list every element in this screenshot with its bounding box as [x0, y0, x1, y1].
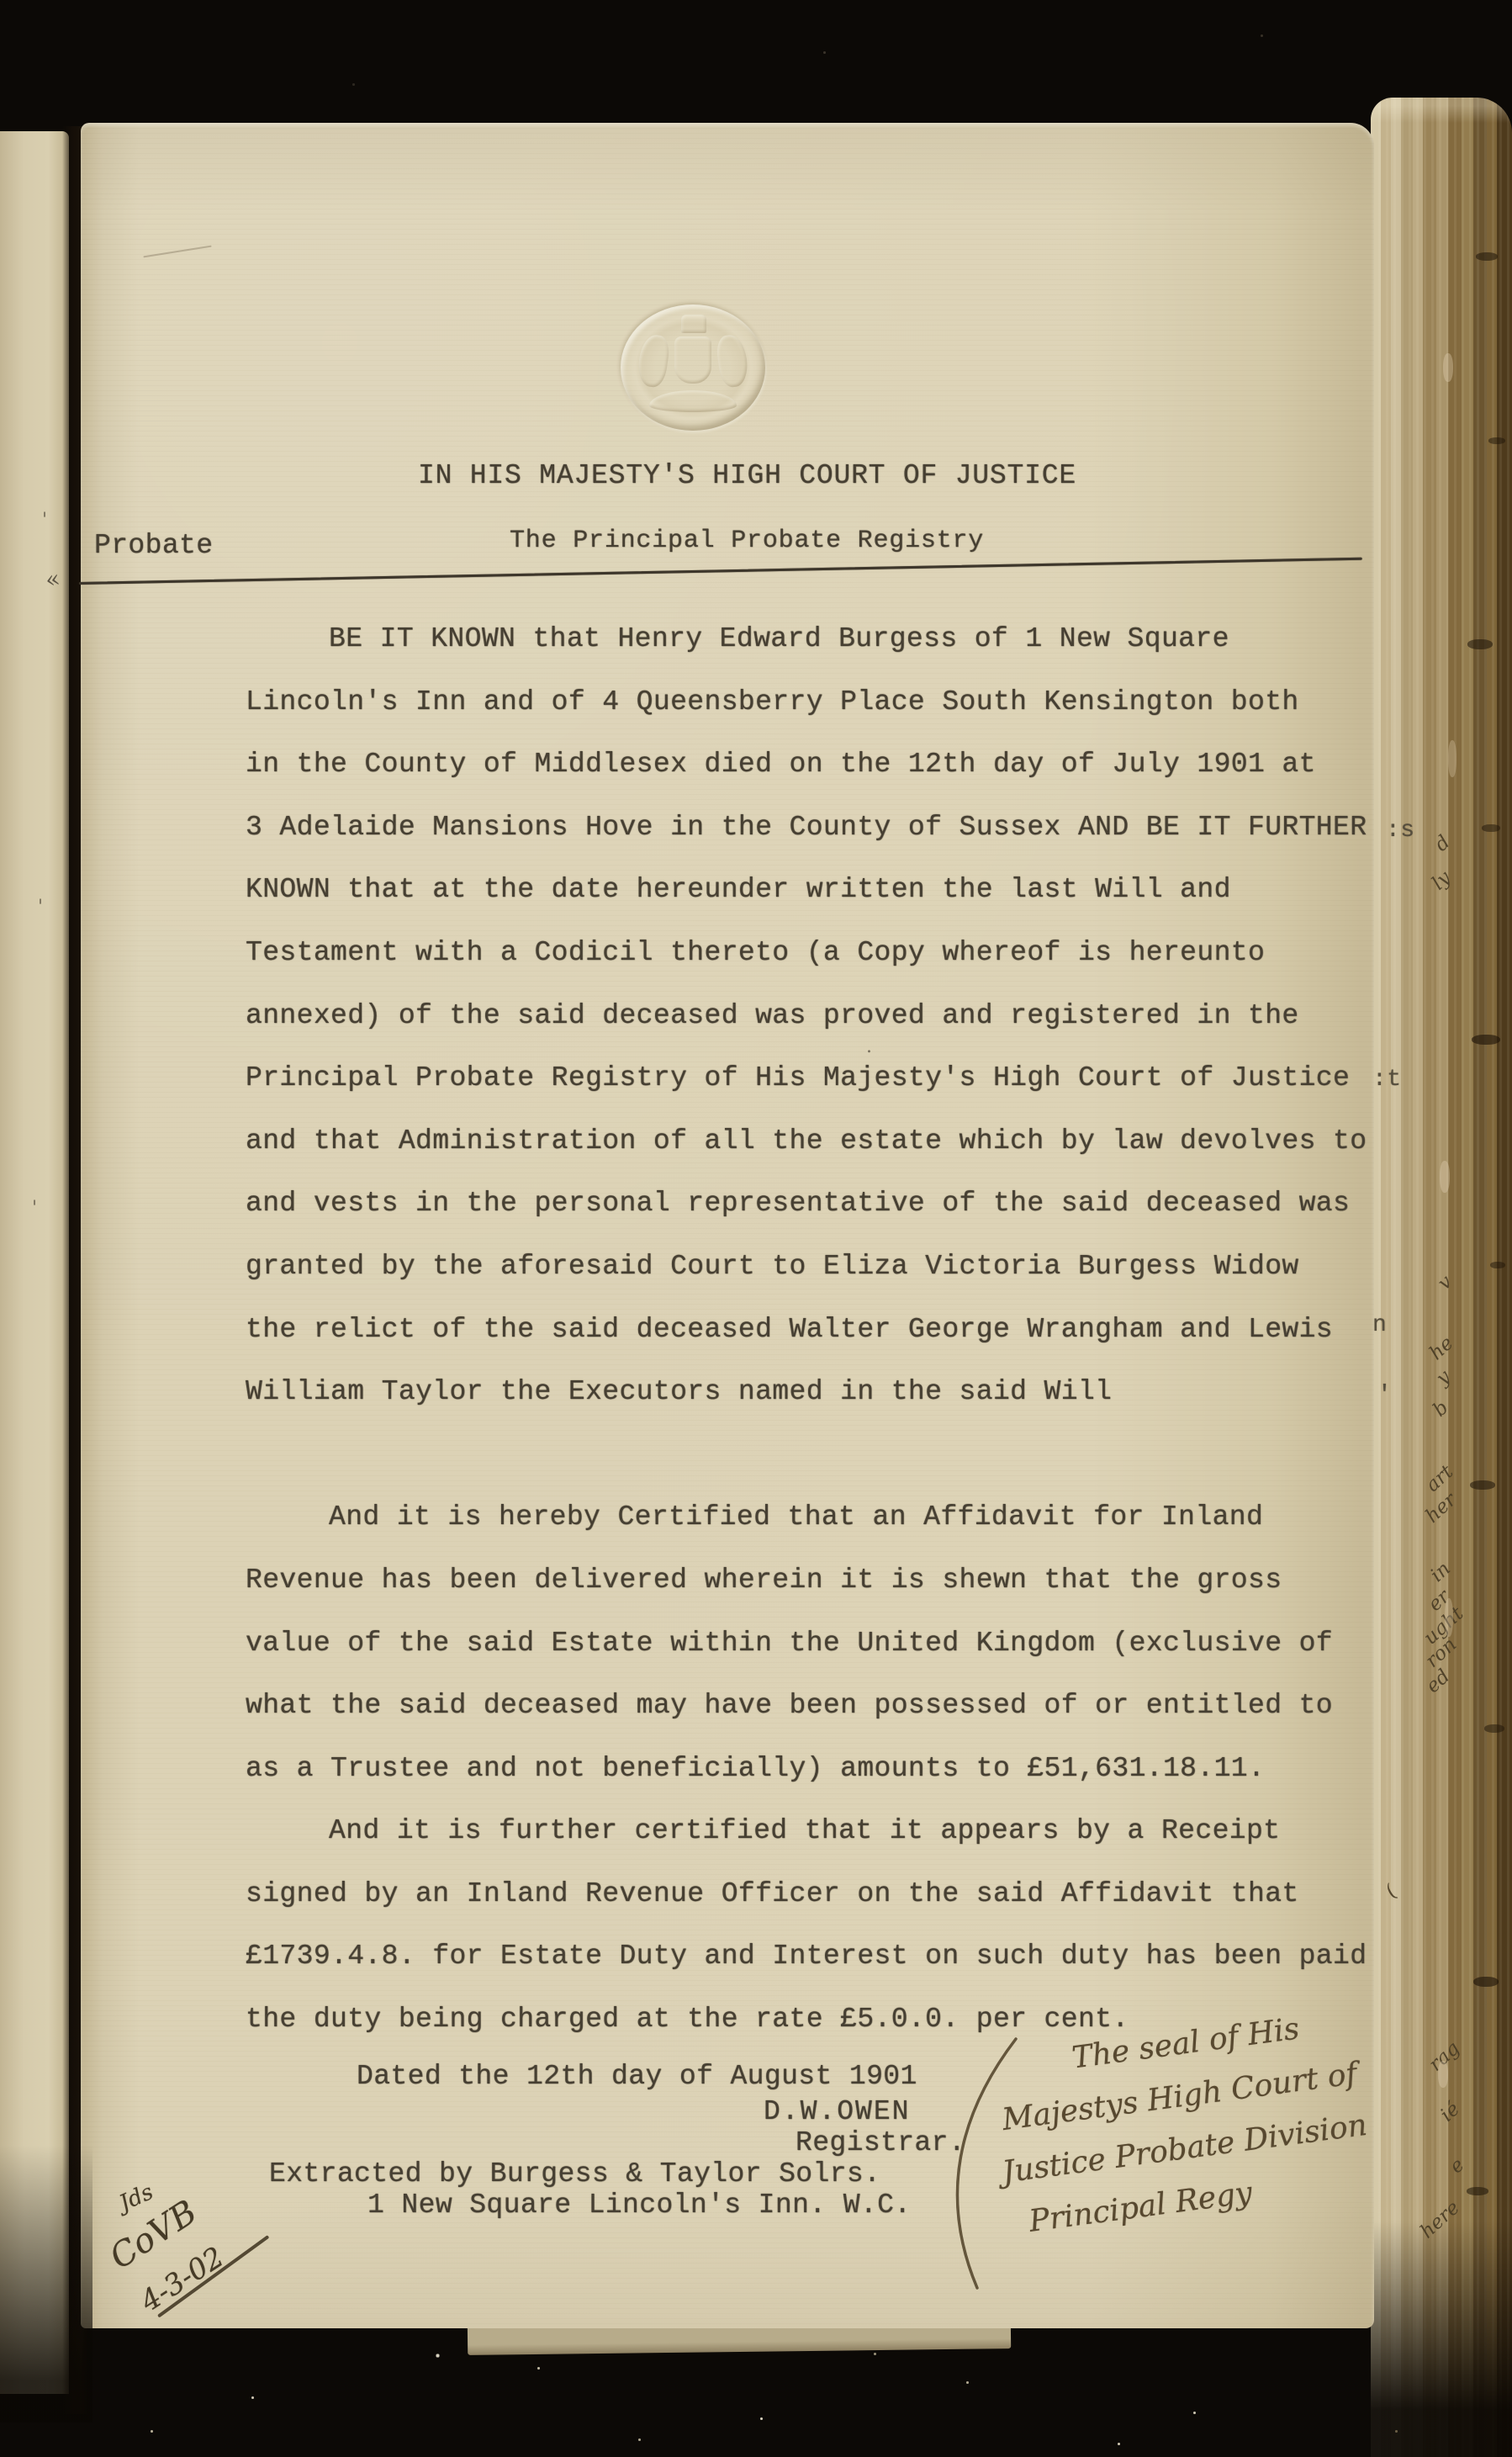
page-edge-crevice — [1473, 1977, 1499, 1987]
bottom-left-shadow — [0, 2145, 93, 2423]
typed-line: the relict of the said deceased Walter G… — [246, 1299, 1377, 1362]
seal-shield-icon — [674, 336, 711, 384]
typed-line: annexed) of the said deceased was proved… — [246, 985, 1377, 1048]
seal-crown-icon — [681, 315, 706, 333]
typed-line: in the County of Middlesex died on the 1… — [246, 733, 1377, 797]
margin-mark: ' — [38, 897, 43, 918]
seal-lion-supporter-icon — [636, 333, 671, 389]
previous-page-strip — [0, 131, 69, 2394]
page-edge-crevice — [1445, 1598, 1453, 1637]
edge-fragment-typed: :t — [1372, 1067, 1401, 1093]
page-edge-crevice — [1484, 1724, 1504, 1733]
typed-line: and that Administration of all the estat… — [246, 1110, 1377, 1173]
typed-line: £1739.4.8. for Estate Duty and Interest … — [246, 1925, 1377, 1988]
page-edge-crevice — [1448, 740, 1456, 777]
page-edge-crevice — [1470, 1480, 1495, 1490]
page-edge-crevice — [1482, 824, 1500, 832]
typed-line: value of the said Estate within the Unit… — [246, 1612, 1377, 1676]
registrar-signature: D.W.OWEN — [764, 2096, 910, 2127]
typed-line: BE IT KNOWN that Henry Edward Burgess of… — [246, 608, 1377, 671]
seal-motto-banner-icon — [649, 390, 737, 412]
typed-line: And it is hereby Certified that an Affid… — [246, 1486, 1377, 1549]
page-edge-crevice — [1490, 1262, 1505, 1268]
dated-line: Dated the 12th day of August 1901 — [357, 2061, 917, 2092]
court-header: IN HIS MAJESTY'S HIGH COURT OF JUSTICE — [418, 460, 1076, 491]
typed-line: granted by the aforesaid Court to Eliza … — [246, 1236, 1377, 1299]
seal-unicorn-supporter-icon — [715, 333, 750, 389]
typed-line: 3 Adelaide Mansions Hove in the County o… — [246, 797, 1377, 860]
typed-line — [246, 1424, 1377, 1487]
page-edge-crevice — [1476, 252, 1498, 261]
registry-header: The Principal Probate Registry — [510, 527, 984, 555]
royal-coat-of-arms-embossed-seal-icon — [621, 304, 765, 431]
margin-mark: ' — [32, 1198, 37, 1219]
page-edge-crevice — [1443, 353, 1453, 382]
typed-line: what the said deceased may have been pos… — [246, 1675, 1377, 1738]
probate-margin-label: Probate — [94, 530, 213, 561]
typed-line: And it is further certified that it appe… — [246, 1800, 1377, 1863]
page-edge-crevice — [1467, 639, 1493, 649]
typed-line: as a Trustee and not beneficially) amoun… — [246, 1738, 1377, 1801]
edge-fragment-typed: n — [1372, 1312, 1387, 1338]
typed-line: and vests in the personal representative… — [246, 1173, 1377, 1236]
body-paragraph: BE IT KNOWN that Henry Edward Burgess of… — [246, 608, 1377, 2052]
typed-line: Revenue has been delivered wherein it is… — [246, 1549, 1377, 1612]
extracted-by-line: Extracted by Burgess & Taylor Solrs. — [269, 2158, 880, 2190]
page-edge-crevice — [1488, 437, 1505, 444]
margin-mark: . — [866, 1036, 872, 1057]
typed-line: Principal Probate Registry of His Majest… — [246, 1047, 1377, 1110]
page-edge-crevice — [1438, 2061, 1448, 2088]
typed-line: signed by an Inland Revenue Officer on t… — [246, 1863, 1377, 1926]
address-line: 1 New Square Lincoln's Inn. W.C. — [367, 2190, 912, 2221]
typed-line: William Taylor the Executors named in th… — [246, 1361, 1377, 1424]
page-edge-crevice — [1467, 2187, 1488, 2195]
margin-mark: ' — [42, 510, 47, 531]
scanned-probate-register-page: IN HIS MAJESTY'S HIGH COURT OF JUSTICE P… — [0, 0, 1512, 2457]
page-edge-crevice — [1440, 1161, 1450, 1193]
dust-specks — [0, 0, 1, 1]
typed-line: KNOWN that at the date hereunder written… — [246, 859, 1377, 922]
page-edge-crevice — [1472, 1035, 1500, 1045]
typed-line: Lincoln's Inn and of 4 Queensberry Place… — [246, 671, 1377, 734]
typed-line: Testament with a Codicil thereto (a Copy… — [246, 922, 1377, 985]
edge-fragment-typed: ' — [1377, 1382, 1392, 1408]
edge-fragment-typed: :s — [1386, 818, 1414, 844]
